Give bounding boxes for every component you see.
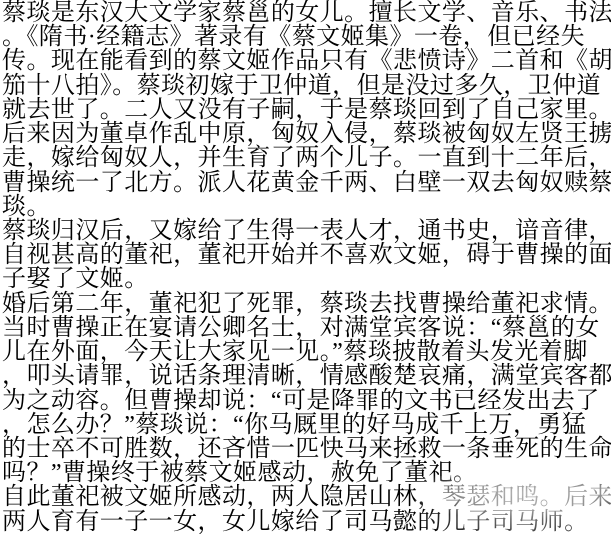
paragraph: 婚后第二年，董祀犯了死罪，蔡琰去找曹操给董祀求情。 当时曹操正在宴请公卿名士，对… — [2, 292, 611, 486]
text-line: ，叩头请罪，说话条理清晰，情感酸楚哀痛，满堂宾客都 — [2, 364, 611, 388]
document-page: 蔡琰是东汉大文学家蔡邕的女儿。擅长文学、音乐、书法 。《隋书·经籍志》著录有《蔡… — [2, 1, 611, 534]
text-line: 吗？”曹操终于被蔡文姬感动，赦免了董祀。 — [2, 461, 611, 485]
text-line: 后来因为董卓作乱中原，匈奴入侵，蔡琰被匈奴左贤王掳 — [2, 122, 611, 146]
text-line: 笳十八拍》。蔡琰初嫁于卫仲道，但是没过多久，卫仲道 — [2, 74, 611, 98]
text-line: 蔡琰是东汉大文学家蔡邕的女儿。擅长文学、音乐、书法 — [2, 1, 611, 25]
text-line: 婚后第二年，董祀犯了死罪，蔡琰去找曹操给董祀求情。 — [2, 292, 611, 316]
paragraph: 蔡琰是东汉大文学家蔡邕的女儿。擅长文学、音乐、书法 。《隋书·经籍志》著录有《蔡… — [2, 1, 611, 219]
text-line: 子娶了文姬。 — [2, 267, 611, 291]
text-line: 的士卒不可胜数，还吝惜一匹快马来拯救一条垂死的生命 — [2, 437, 611, 461]
text-line: 传。现在能看到的蔡文姬作品只有《悲愤诗》二首和《胡 — [2, 49, 611, 73]
text-line: 曹操统一了北方。派人花黄金千两、白壁一双去匈奴赎蔡 — [2, 171, 611, 195]
text-line: 就去世了。二人又没有子嗣，于是蔡琰回到了自己家里。 — [2, 98, 611, 122]
text-line: 当时曹操正在宴请公卿名士，对满堂宾客说：“蔡邕的女 — [2, 316, 611, 340]
text-line: ，怎么办？”蔡琰说：“你马厩里的好马成千上万，勇猛 — [2, 413, 611, 437]
text-line: 两人育有一子一女，女儿嫁给了司马懿的儿子司马师。 — [2, 510, 611, 534]
paragraph: 自此董祀被文姬所感动，两人隐居山林，琴瑟和鸣。后来 两人育有一子一女，女儿嫁给了… — [2, 485, 611, 533]
text-line: 走，嫁给匈奴人，并生育了两个儿子。一直到十二年后， — [2, 146, 611, 170]
text-line: 儿在外面，今天让大家见一见。”蔡琰披散着头发光着脚 — [2, 340, 611, 364]
text-line: 自视甚高的董祀，董祀开始并不喜欢文姬，碍于曹操的面 — [2, 243, 611, 267]
text-line: 琰。 — [2, 195, 611, 219]
text-line: 为之动容。但曹操却说：“可是降罪的文书已经发出去了 — [2, 389, 611, 413]
text-line: 。《隋书·经籍志》著录有《蔡文姬集》一卷，但已经失 — [2, 25, 611, 49]
paragraph: 蔡琰归汉后，又嫁给了生得一表人才，通书史，谙音律， 自视甚高的董祀，董祀开始并不… — [2, 219, 611, 292]
text-line: 蔡琰归汉后，又嫁给了生得一表人才，通书史，谙音律， — [2, 219, 611, 243]
text-line: 自此董祀被文姬所感动，两人隐居山林，琴瑟和鸣。后来 — [2, 485, 611, 509]
